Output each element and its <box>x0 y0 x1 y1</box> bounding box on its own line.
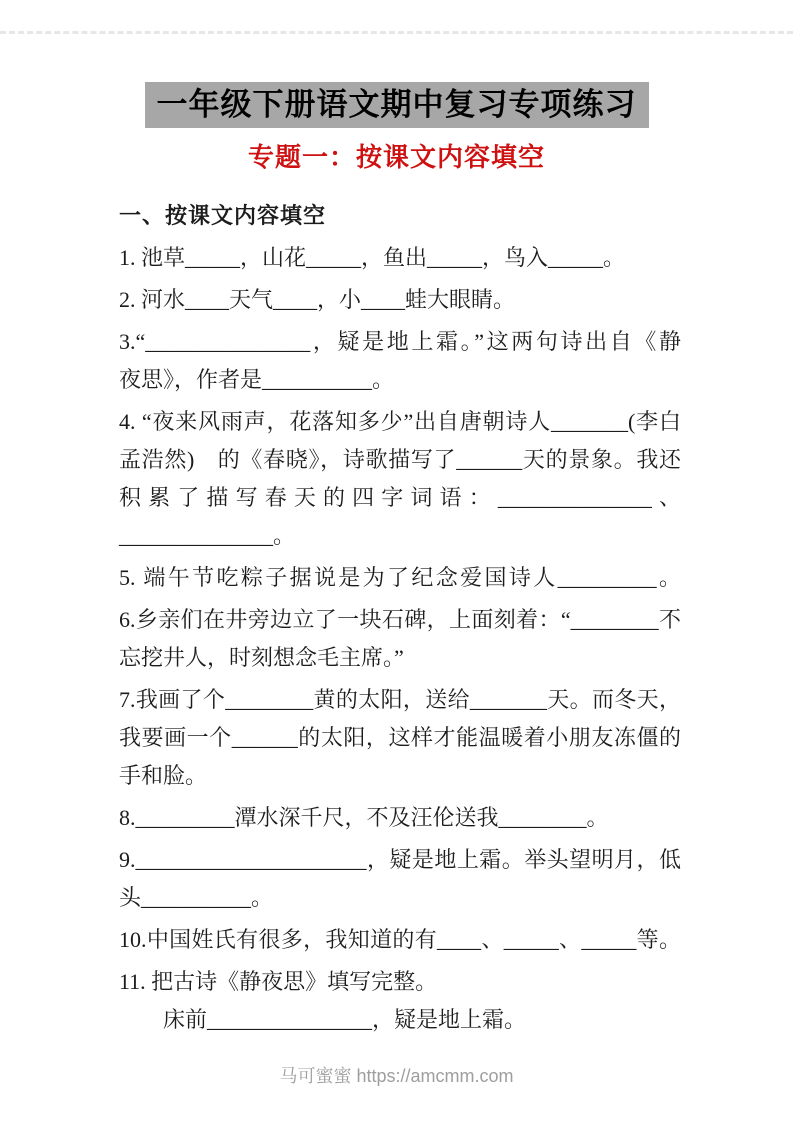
question-4-line-2: 孟浩然) 的《春晓》，诗歌描写了______天的景象。我还 <box>119 441 681 479</box>
question-1-line-1: 1. 池草_____，山花_____，鱼出_____，鸟入_____。 <box>119 239 681 277</box>
worksheet-page: 一年级下册语文期中复习专项练习 专题一：按课文内容填空 一、按课文内容填空 1.… <box>0 0 793 1122</box>
question-7-line-1: 7.我画了个________黄的太阳，送给_______天。而冬天， <box>119 681 681 719</box>
question-8-line-1: 8._________潭水深千尺，不及汪伦送我________。 <box>119 799 681 837</box>
question-7-line-2: 我要画一个______的太阳，这样才能温暖着小朋友冻僵的 <box>119 719 681 757</box>
question-6-line-1: 6.乡亲们在井旁边立了一块石碑，上面刻着：“________不 <box>119 601 681 639</box>
question-5-line-1: 5. 端午节吃粽子据说是为了纪念爱国诗人_________。 <box>119 559 681 597</box>
question-11: 11. 把古诗《静夜思》填写完整。 床前_______________，疑是地上… <box>119 963 681 1039</box>
footer-watermark: 马可蜜蜜 https://amcmm.com <box>0 1064 793 1088</box>
question-3-line-2: 夜思》，作者是__________。 <box>119 361 681 399</box>
question-2: 2. 河水____天气____，小____蛙大眼睛。 <box>119 281 681 319</box>
question-4-line-1: 4. “夜来风雨声，花落知多少”出自唐朝诗人_______(李白 <box>119 403 681 441</box>
question-9: 9._____________________，疑是地上霜。举头望明月，低 头_… <box>119 841 681 917</box>
question-6-line-2: 忘挖井人，时刻想念毛主席。” <box>119 639 681 677</box>
question-9-line-2: 头__________。 <box>119 879 681 917</box>
question-3-line-1: 3.“_______________，疑是地上霜。”这两句诗出自《静 <box>119 323 681 361</box>
page-title: 一年级下册语文期中复习专项练习 <box>145 82 649 128</box>
title-row: 一年级下册语文期中复习专项练习 <box>0 82 793 128</box>
subtitle-row: 专题一：按课文内容填空 <box>0 140 793 174</box>
question-7-line-3: 手和脸。 <box>119 757 681 795</box>
question-1: 1. 池草_____，山花_____，鱼出_____，鸟入_____。 <box>119 239 681 277</box>
question-3: 3.“_______________，疑是地上霜。”这两句诗出自《静 夜思》，作… <box>119 323 681 399</box>
question-4-line-4: ______________。 <box>119 517 681 555</box>
question-7: 7.我画了个________黄的太阳，送给_______天。而冬天， 我要画一个… <box>119 681 681 795</box>
question-4: 4. “夜来风雨声，花落知多少”出自唐朝诗人_______(李白 孟浩然) 的《… <box>119 403 681 555</box>
question-11-line-2: 床前_______________，疑是地上霜。 <box>119 1001 681 1039</box>
question-10-line-1: 10.中国姓氏有很多，我知道的有____、_____、_____等。 <box>119 921 681 959</box>
worksheet-body: 一、按课文内容填空 1. 池草_____，山花_____，鱼出_____，鸟入_… <box>119 197 681 1039</box>
question-5: 5. 端午节吃粽子据说是为了纪念爱国诗人_________。 <box>119 559 681 597</box>
question-4-line-3: 积累了描写春天的四字词语：______________、 <box>119 479 681 517</box>
question-9-line-1: 9._____________________，疑是地上霜。举头望明月，低 <box>119 841 681 879</box>
question-10: 10.中国姓氏有很多，我知道的有____、_____、_____等。 <box>119 921 681 959</box>
question-6: 6.乡亲们在井旁边立了一块石碑，上面刻着：“________不 忘挖井人，时刻想… <box>119 601 681 677</box>
question-2-line-1: 2. 河水____天气____，小____蛙大眼睛。 <box>119 281 681 319</box>
question-8: 8._________潭水深千尺，不及汪伦送我________。 <box>119 799 681 837</box>
section-heading: 一、按课文内容填空 <box>119 197 681 235</box>
page-subtitle: 专题一：按课文内容填空 <box>248 140 545 174</box>
question-11-line-1: 11. 把古诗《静夜思》填写完整。 <box>119 963 681 1001</box>
page-break-rule <box>0 31 793 34</box>
